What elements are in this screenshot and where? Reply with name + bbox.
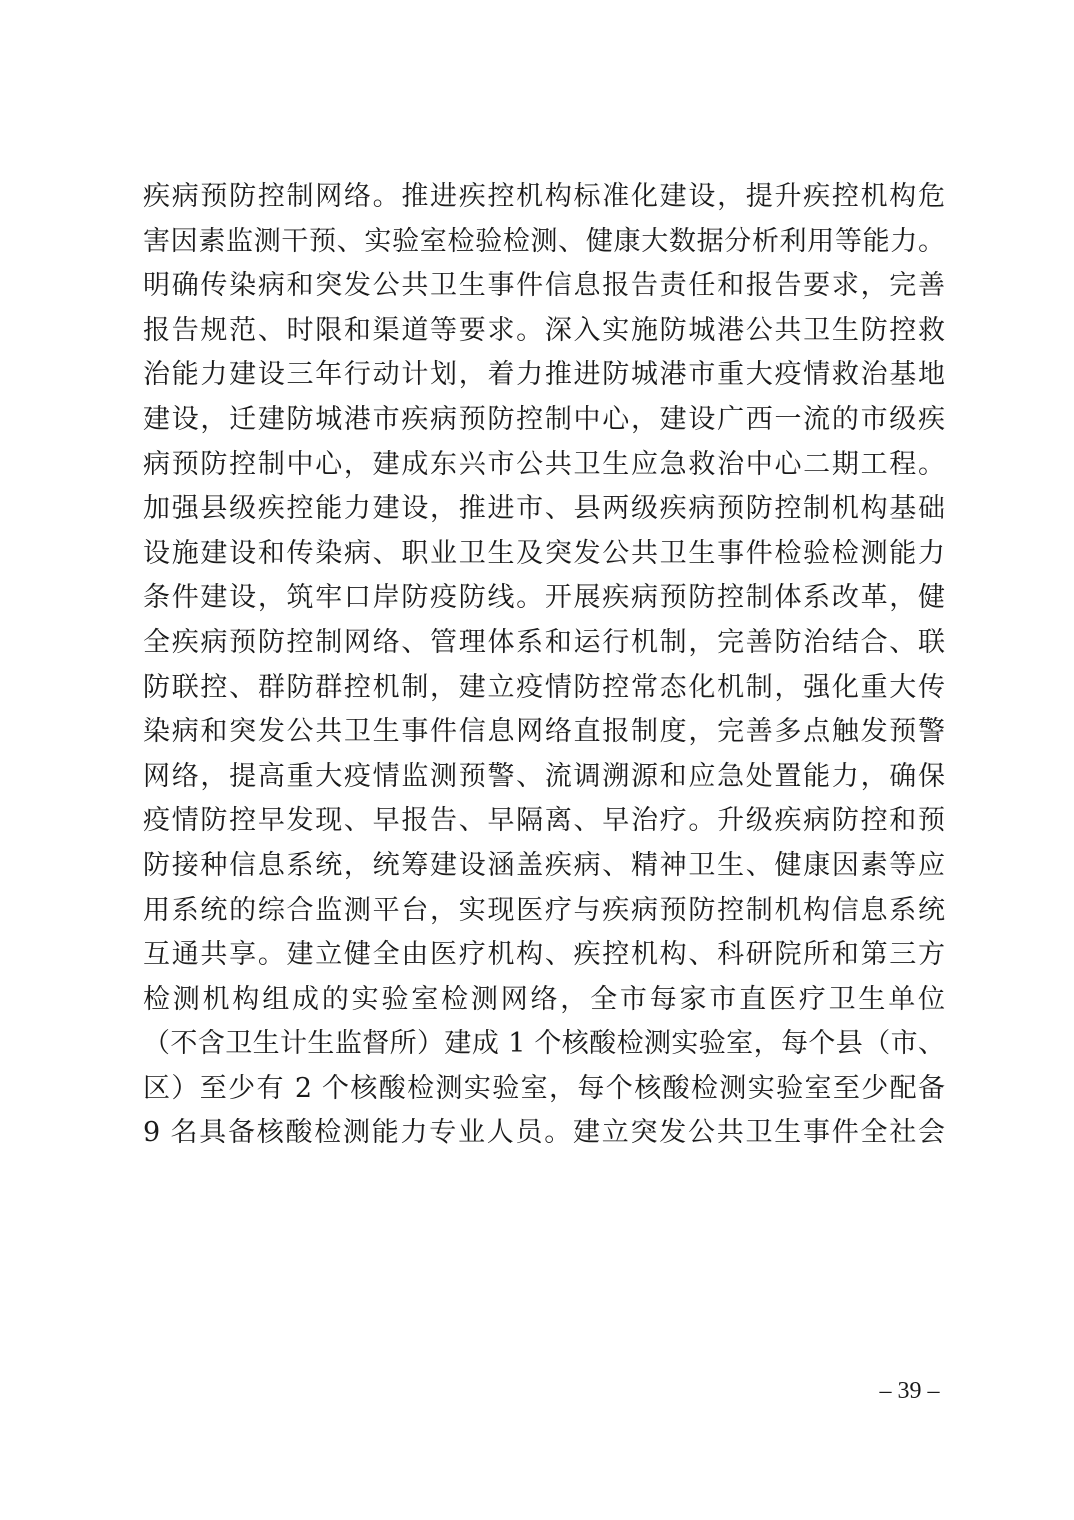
text-line: 互通共享。建立健全由医疗机构、疾控机构、科研院所和第三方 [143, 933, 945, 978]
text-line: 防联控、群防群控机制，建立疫情防控常态化机制，强化重大传 [143, 666, 945, 711]
text-line: 网络，提高重大疫情监测预警、流调溯源和应急处置能力，确保 [143, 755, 945, 800]
text-line: （不含卫生计生监督所）建成 1 个核酸检测实验室，每个县（市、 [143, 1022, 945, 1067]
body-paragraph: 疾病预防控制网络。推进疾控机构标准化建设，提升疾控机构危 害因素监测干预、实验室… [143, 175, 945, 1156]
text-line: 建设，迁建防城港市疾病预防控制中心，建设广西一流的市级疾 [143, 398, 945, 443]
text-line: 染病和突发公共卫生事件信息网络直报制度，完善多点触发预警 [143, 710, 945, 755]
text-line: 9 名具备核酸检测能力专业人员。建立突发公共卫生事件全社会 [143, 1111, 945, 1156]
text-line: 条件建设，筑牢口岸防疫防线。开展疾病预防控制体系改革，健 [143, 576, 945, 621]
text-line: 全疾病预防控制网络、管理体系和运行机制，完善防治结合、联 [143, 621, 945, 666]
text-line: 区）至少有 2 个核酸检测实验室，每个核酸检测实验室至少配备 [143, 1067, 945, 1112]
text-line: 疫情防控早发现、早报告、早隔离、早治疗。升级疾病防控和预 [143, 799, 945, 844]
text-line: 明确传染病和突发公共卫生事件信息报告责任和报告要求，完善 [143, 264, 945, 309]
document-page: 疾病预防控制网络。推进疾控机构标准化建设，提升疾控机构危 害因素监测干预、实验室… [0, 0, 1074, 1520]
text-line: 疾病预防控制网络。推进疾控机构标准化建设，提升疾控机构危 [143, 175, 945, 220]
text-line: 检测机构组成的实验室检测网络，全市每家市直医疗卫生单位 [143, 978, 945, 1023]
text-line: 防接种信息系统，统筹建设涵盖疾病、精神卫生、健康因素等应 [143, 844, 945, 889]
text-line: 设施建设和传染病、职业卫生及突发公共卫生事件检验检测能力 [143, 532, 945, 577]
text-line: 加强县级疾控能力建设，推进市、县两级疾病预防控制机构基础 [143, 487, 945, 532]
page-number: – 39 – [872, 1376, 947, 1406]
text-line: 用系统的综合监测平台，实现医疗与疾病预防控制机构信息系统 [143, 889, 945, 934]
text-line: 治能力建设三年行动计划，着力推进防城港市重大疫情救治基地 [143, 353, 945, 398]
text-line: 报告规范、时限和渠道等要求。深入实施防城港公共卫生防控救 [143, 309, 945, 354]
text-line: 病预防控制中心，建成东兴市公共卫生应急救治中心二期工程。 [143, 443, 945, 488]
text-line: 害因素监测干预、实验室检验检测、健康大数据分析利用等能力。 [143, 220, 945, 265]
